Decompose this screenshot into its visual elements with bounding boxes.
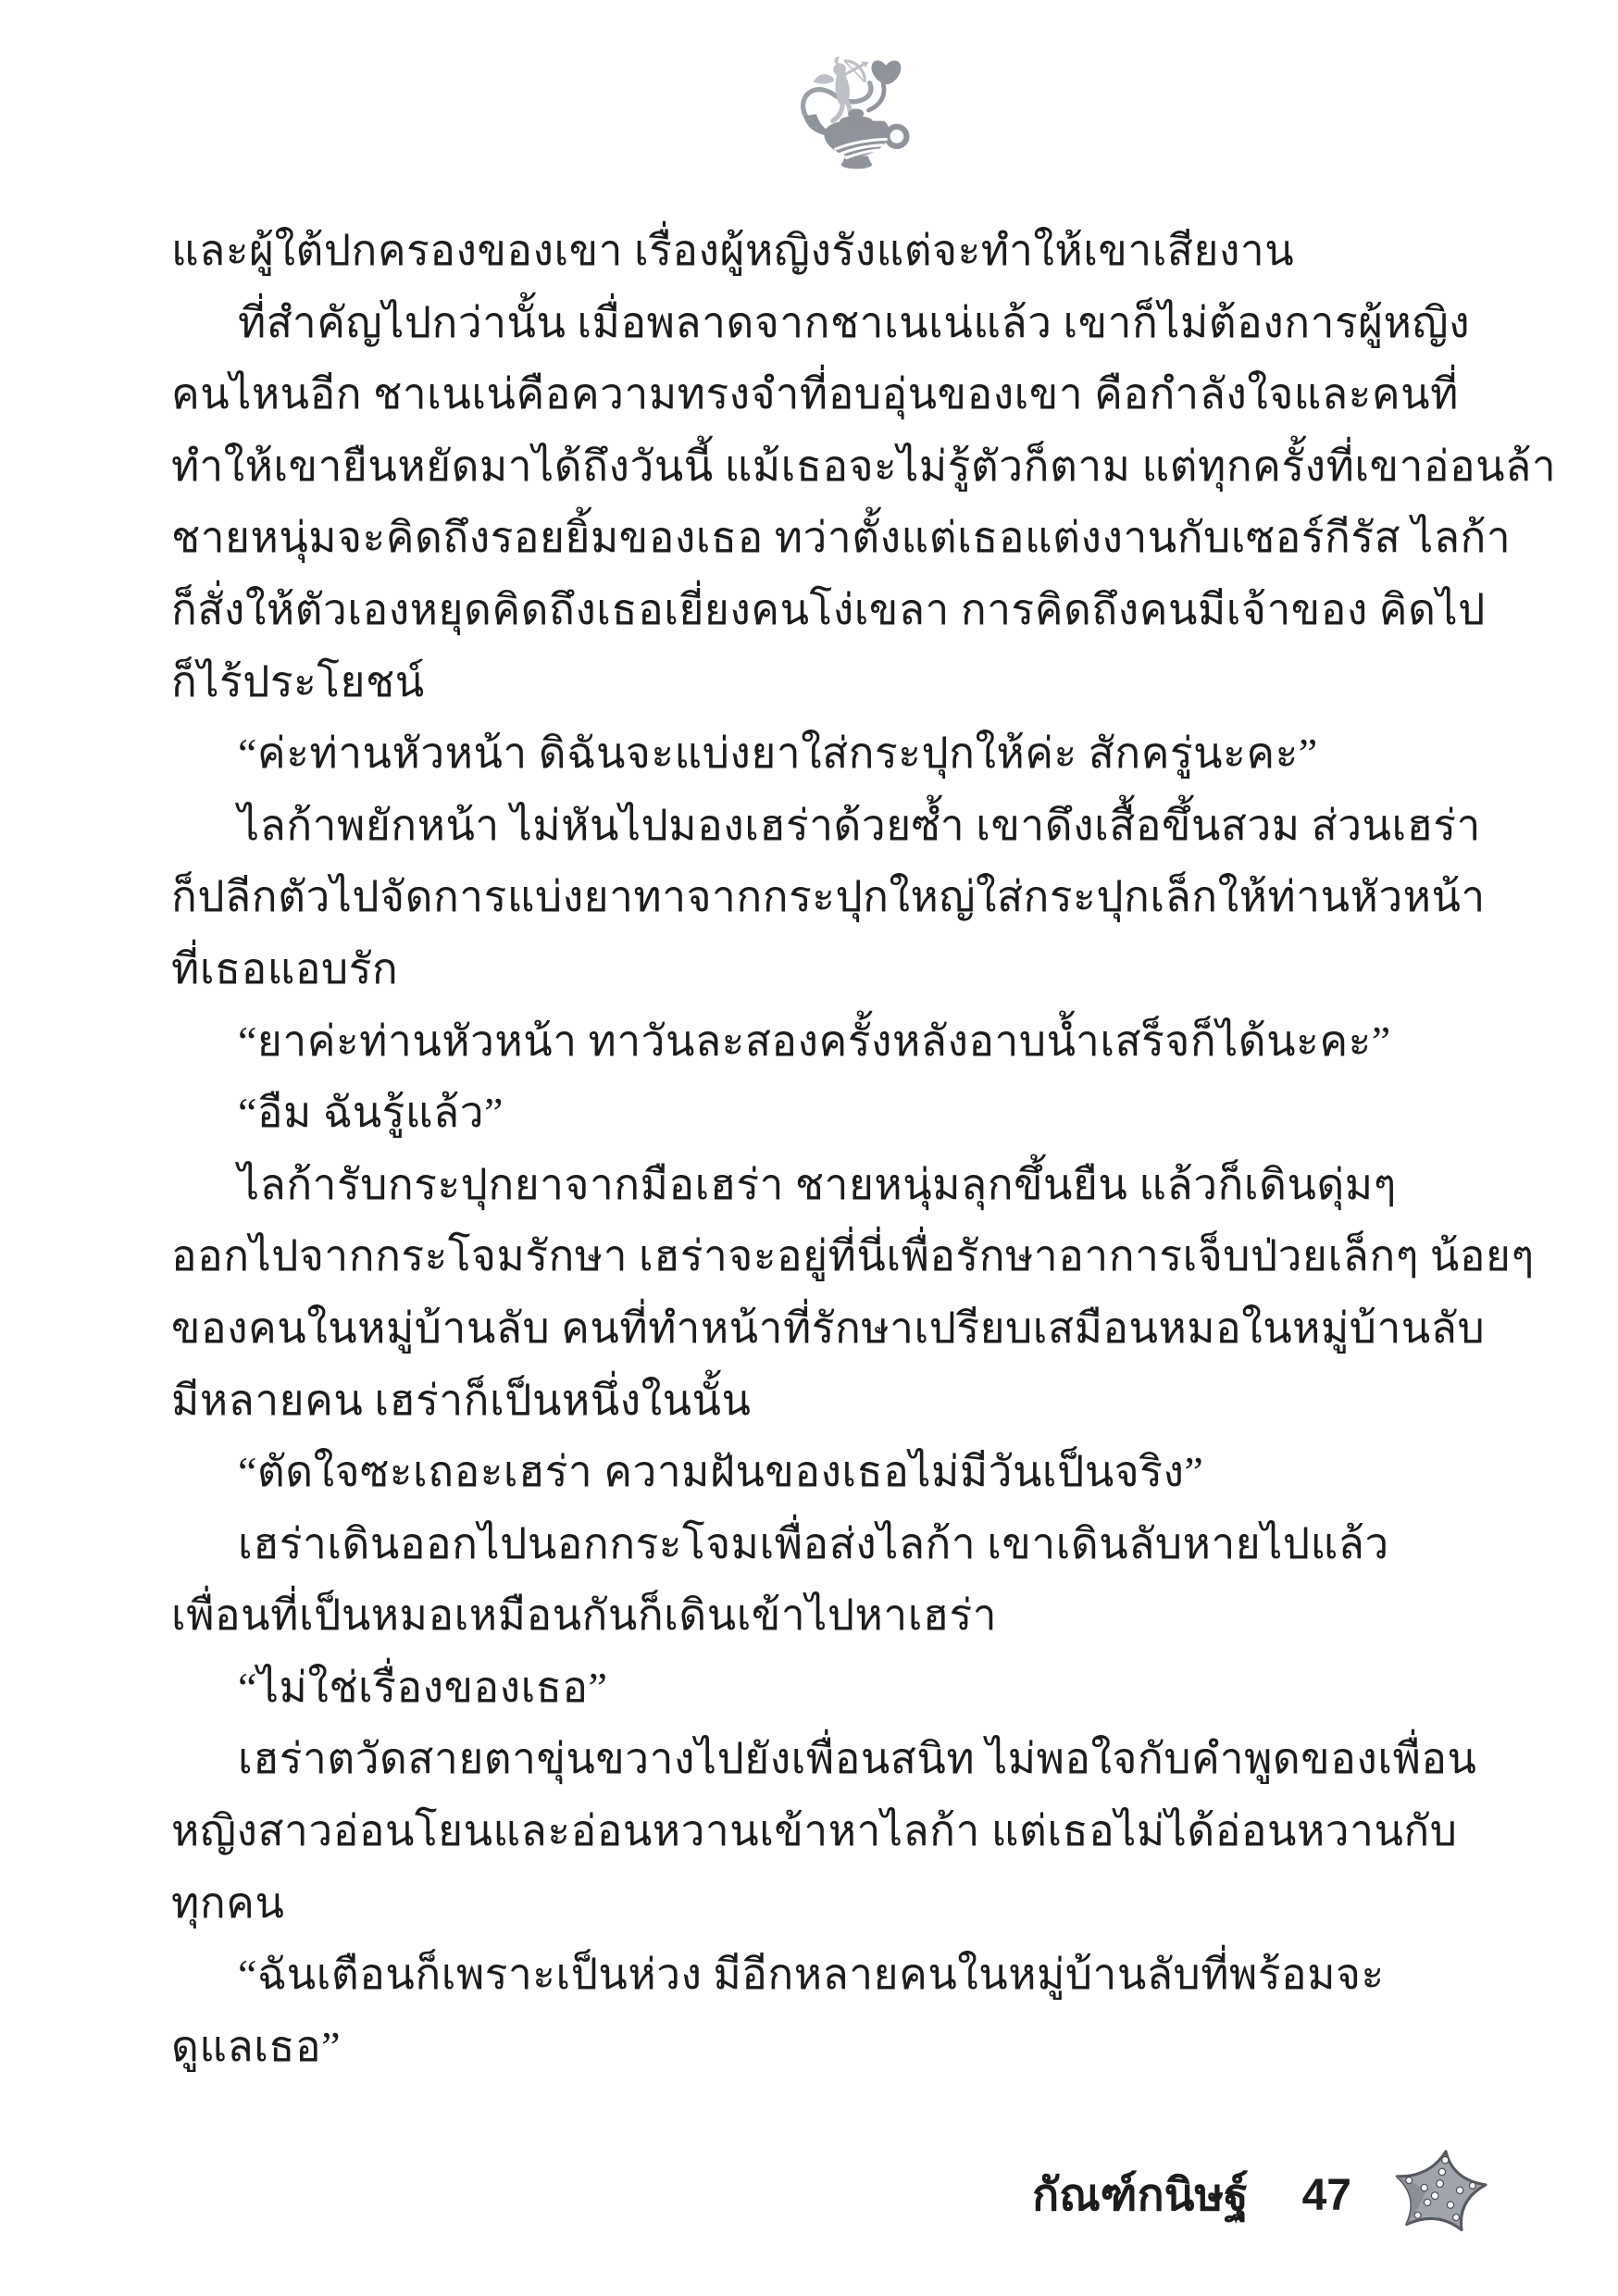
text-line: ของคนในหมู่บ้านลับ คนที่ทำหน้าที่รักษาเป… xyxy=(171,1292,1460,1365)
text-line: หญิงสาวอ่อนโยนและอ่อนหวานเข้าหาไลก้า แต่… xyxy=(171,1795,1460,1867)
text-line: มีหลายคน เฮร่าก็เป็นหนึ่งในนั้น xyxy=(171,1365,1460,1437)
text-line: ก็ไร้ประโยชน์ xyxy=(171,646,1460,718)
text-line: ที่เธอแอบรัก xyxy=(171,933,1460,1005)
text-line: และผู้ใต้ปกครองของเขา เรื่องผู้หญิงรังแต… xyxy=(171,215,1460,287)
body-text: และผู้ใต้ปกครองของเขา เรื่องผู้หญิงรังแต… xyxy=(171,215,1460,2082)
text-line: “อืม ฉันรู้แล้ว” xyxy=(171,1077,1460,1149)
text-line: ทำให้เขายืนหยัดมาได้ถึงวันนี้ แม้เธอจะไม… xyxy=(171,430,1460,503)
text-line: “ยาค่ะท่านหัวหน้า ทาวันละสองครั้งหลังอาบ… xyxy=(171,1005,1460,1078)
page-number: 47 xyxy=(1302,2174,1351,2218)
text-line: ก็ปลีกตัวไปจัดการแบ่งยาทาจากกระปุกใหญ่ใส… xyxy=(171,861,1460,933)
page-footer: กัณฑ์กนิษฐ์ 47 xyxy=(1032,2144,1496,2248)
book-page: และผู้ใต้ปกครองของเขา เรื่องผู้หญิงรังแต… xyxy=(0,0,1618,2296)
text-line: ไลก้าพยักหน้า ไม่หันไปมองเฮร่าด้วยซ้ำ เข… xyxy=(171,790,1460,862)
text-line: คนไหนอีก ชาเนเน่คือความทรงจำที่อบอุ่นของ… xyxy=(171,358,1460,430)
text-line: “ไม่ใช่เรื่องของเธอ” xyxy=(171,1652,1460,1724)
text-line: ที่สำคัญไปกว่านั้น เมื่อพลาดจากชาเนเน่แล… xyxy=(171,287,1460,359)
text-line: เฮร่าเดินออกไปนอกกระโจมเพื่อส่งไลก้า เขา… xyxy=(171,1508,1460,1580)
text-line: เพื่อนที่เป็นหมอเหมือนกันก็เดินเข้าไปหาเ… xyxy=(171,1579,1460,1652)
text-line: เฮร่าตวัดสายตาขุ่นขวางไปยังเพื่อนสนิท ไม… xyxy=(171,1723,1460,1795)
starfish-icon xyxy=(1383,2144,1496,2248)
text-line: ทุกคน xyxy=(171,1867,1460,1940)
text-line: “ตัดใจซะเถอะเฮร่า ความฝันของเธอไม่มีวันเ… xyxy=(171,1436,1460,1508)
text-line: ชายหนุ่มจะคิดถึงรอยยิ้มของเธอ ทว่าตั้งแต… xyxy=(171,502,1460,574)
text-line: ก็สั่งให้ตัวเองหยุดคิดถึงเธอเยี่ยงคนโง่เ… xyxy=(171,574,1460,646)
text-line: “ค่ะท่านหัวหน้า ดิฉันจะแบ่งยาใส่กระปุกให… xyxy=(171,717,1460,790)
text-line: ไลก้ารับกระปุกยาจากมือเฮร่า ชายหนุ่มลุกข… xyxy=(171,1149,1460,1221)
text-line: “ฉันเตือนก็เพราะเป็นห่วง มีอีกหลายคนในหม… xyxy=(171,1939,1460,2011)
text-line: ดูแลเธอ” xyxy=(171,2011,1460,2083)
genie-lamp-cupid-heart-icon xyxy=(798,48,920,170)
text-line: ออกไปจากกระโจมรักษา เฮร่าจะอยู่ที่นี่เพื… xyxy=(171,1220,1460,1292)
book-title: กัณฑ์กนิษฐ์ xyxy=(1032,2174,1248,2218)
